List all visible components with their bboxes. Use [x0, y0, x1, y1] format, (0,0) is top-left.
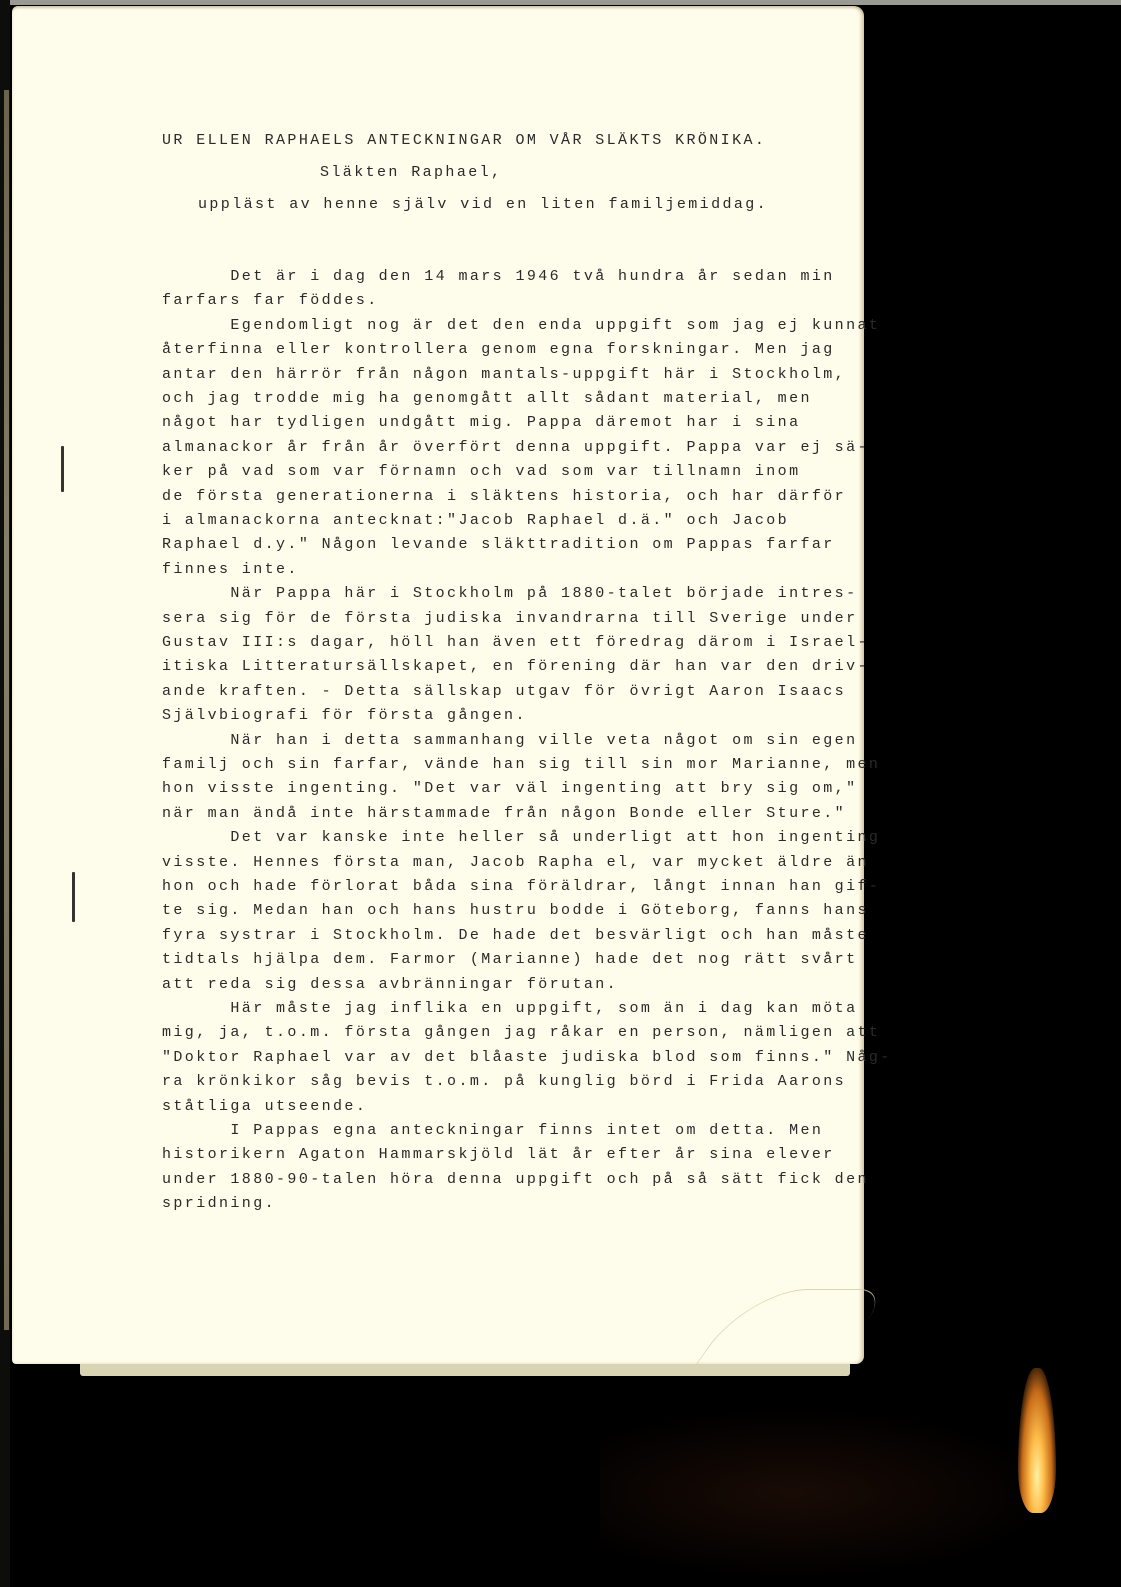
margin-mark — [61, 446, 64, 492]
document-line: Det var kanske inte heller så underligt … — [162, 829, 880, 846]
document-line: sera sig för de första judiska invandrar… — [162, 610, 858, 627]
document-line: antar den härrör från någon mantals-uppg… — [162, 366, 846, 383]
document-line: under 1880-90-talen höra denna uppgift o… — [162, 1171, 869, 1188]
document-line: Det är i dag den 14 mars 1946 två hundra… — [162, 268, 835, 285]
document-line: finnes inte. — [162, 561, 299, 578]
scan-top-edge — [0, 0, 1121, 5]
typewritten-page: UR ELLEN RAPHAELS ANTECKNINGAR OM VÅR SL… — [12, 6, 864, 1364]
document-line: när man ändå inte härstammade från någon… — [162, 805, 846, 822]
document-line: de första generationerna i släktens hist… — [162, 488, 846, 505]
document-line: i almanackorna antecknat:"Jacob Raphael … — [162, 512, 789, 529]
document-line: hon visste ingenting. "Det var väl ingen… — [162, 780, 858, 797]
page-crease — [695, 1289, 889, 1365]
document-line: hon och hade förlorat båda sina föräldra… — [162, 878, 880, 895]
document-line: visste. Hennes första man, Jacob Rapha e… — [162, 854, 869, 871]
document-line: spridning. — [162, 1195, 276, 1212]
margin-mark — [72, 872, 75, 922]
document-line: att reda sig dessa avbränningar förutan. — [162, 976, 618, 993]
document-line: fyra systrar i Stockholm. De hade det be… — [162, 927, 869, 944]
document-line: tidtals hjälpa dem. Farmor (Marianne) ha… — [162, 951, 858, 968]
document-line: Raphael d.y." Någon levande släkttraditi… — [162, 536, 835, 553]
document-line: te sig. Medan han och hans hustru bodde … — [162, 902, 869, 919]
document-line: återfinna eller kontrollera genom egna f… — [162, 341, 835, 358]
document-byline: uppläst av henne själv vid en liten fami… — [198, 196, 768, 213]
background-shadow — [600, 1400, 1080, 1587]
scan-left-edge — [0, 0, 10, 1587]
document-heading: UR ELLEN RAPHAELS ANTECKNINGAR OM VÅR SL… — [162, 132, 766, 149]
document-subheading: Släkten Raphael, — [320, 164, 502, 181]
document-line: Egendomligt nog är det den enda uppgift … — [162, 317, 880, 334]
document-line: något har tydligen undgått mig. Pappa dä… — [162, 414, 800, 431]
document-line: familj och sin farfar, vände han sig til… — [162, 756, 880, 773]
document-line: När han i detta sammanhang ville veta nå… — [162, 732, 858, 749]
document-line: Gustav III:s dagar, höll han även ett fö… — [162, 634, 869, 651]
document-line: När Pappa här i Stockholm på 1880-talet … — [162, 585, 858, 602]
document-line: itiska Litteratursällskapet, en förening… — [162, 658, 869, 675]
document-line: almanackor år från år överfört denna upp… — [162, 439, 869, 456]
flame-icon — [1018, 1368, 1056, 1513]
document-line: ståtliga utseende. — [162, 1098, 367, 1115]
document-line: "Doktor Raphael var av det blåaste judis… — [162, 1049, 892, 1066]
document-line: farfars far föddes. — [162, 292, 379, 309]
document-line: Självbiografi för första gången. — [162, 707, 527, 724]
document-line: och jag trodde mig ha genomgått allt såd… — [162, 390, 812, 407]
document-line: ker på vad som var förnamn och vad som v… — [162, 463, 800, 480]
document-line: I Pappas egna anteckningar finns intet o… — [162, 1122, 823, 1139]
document-line: ra krönkikor såg bevis t.o.m. på kunglig… — [162, 1073, 846, 1090]
document-line: historikern Agaton Hammarskjöld lät år e… — [162, 1146, 835, 1163]
document-line: ande kraften. - Detta sällskap utgav för… — [162, 683, 846, 700]
document-line: Här måste jag inflika en uppgift, som än… — [162, 1000, 858, 1017]
document-line: mig, ja, t.o.m. första gången jag råkar … — [162, 1024, 880, 1041]
